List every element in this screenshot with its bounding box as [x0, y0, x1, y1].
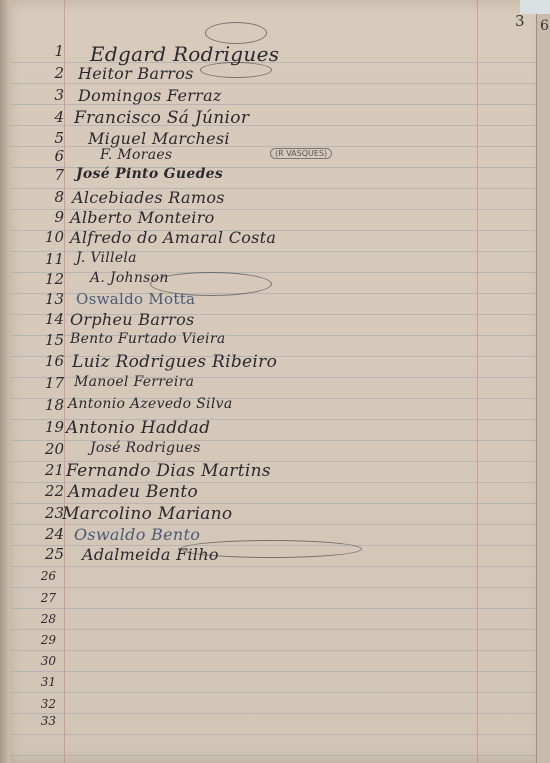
ledger-entry: 19Antonio Haddad	[0, 418, 536, 440]
entry-number: 21	[20, 461, 64, 479]
next-page-number: 6	[540, 18, 549, 34]
entry-signature: Luiz Rodrigues Ribeiro	[72, 352, 277, 372]
ledger-entry: 20José Rodrigues	[0, 440, 536, 462]
entry-number: 16	[20, 352, 64, 370]
ledger-entry: 18Antonio Azevedo Silva	[0, 396, 536, 418]
entry-signature: José Rodrigues	[90, 440, 201, 456]
entry-signature: Heitor Barros	[78, 64, 194, 83]
entry-signature: Alcebiades Ramos	[72, 188, 225, 207]
entry-signature: Amadeu Bento	[68, 482, 198, 502]
entry-number: 22	[20, 482, 64, 500]
entry-signature: Oswaldo Bento	[74, 525, 200, 544]
ledger-entry: 13Oswaldo Motta	[0, 290, 536, 312]
next-page-edge	[536, 6, 550, 763]
entry-number: 11	[20, 250, 64, 268]
ledger-entry: 21Fernando Dias Martins	[0, 461, 536, 483]
ledger-entry: 24Oswaldo Bento	[0, 525, 536, 547]
entry-signature: Domingos Ferraz	[78, 86, 222, 105]
ledger-entry: 31	[0, 675, 536, 697]
entry-number: 19	[20, 418, 64, 436]
ledger-entry: 28	[0, 612, 536, 634]
entry-number: 25	[20, 545, 64, 563]
ledger-entry: 17Manoel Ferreira	[0, 374, 536, 396]
ledger-entry: 27	[0, 591, 536, 613]
entry-number: 27	[12, 591, 56, 605]
ledger-entry: 26	[0, 569, 536, 591]
entry-number: 12	[20, 270, 64, 288]
entry-number: 14	[20, 310, 64, 328]
ledger-entry: 1Edgard Rodrigues	[0, 42, 536, 64]
page-number: 3	[515, 12, 525, 30]
ledger-entry: 2Heitor Barros	[0, 64, 536, 86]
entry-number: 28	[12, 612, 56, 626]
entry-number: 2	[20, 64, 64, 82]
entry-number: 9	[20, 208, 64, 226]
ledger-entry: 14Orpheu Barros	[0, 310, 536, 332]
entry-number: 23	[20, 504, 64, 522]
entry-signature: Antonio Haddad	[66, 418, 210, 438]
entry-signature: A. Johnson	[90, 270, 169, 286]
entry-number: 10	[20, 228, 64, 246]
entry-number: 6	[20, 147, 64, 165]
ledger-entry: 4Francisco Sá Júnior	[0, 108, 536, 130]
entry-number: 31	[12, 675, 56, 689]
ledger-entry: 7José Pinto Guedes	[0, 166, 536, 188]
signature-flourish	[205, 22, 267, 44]
entry-number: 4	[20, 108, 64, 126]
entry-number: 20	[20, 440, 64, 458]
ledger-entry: 12A. Johnson	[0, 270, 536, 292]
entry-signature: Orpheu Barros	[70, 310, 195, 329]
ruled-line	[10, 755, 536, 756]
entry-number: 30	[12, 654, 56, 668]
ledger-entry: 16Luiz Rodrigues Ribeiro	[0, 352, 536, 374]
entry-signature: J. Villela	[76, 250, 137, 266]
entry-signature: Alberto Monteiro	[70, 208, 215, 227]
entry-number: 17	[20, 374, 64, 392]
entry-signature: Alfredo do Amaral Costa	[70, 228, 276, 247]
entry-signature: Fernando Dias Martins	[66, 461, 271, 481]
ledger-entry: 10Alfredo do Amaral Costa	[0, 228, 536, 250]
ledger-entry: 22Amadeu Bento	[0, 482, 536, 504]
entry-signature: Bento Furtado Vieira	[70, 331, 225, 347]
ledger-page: 3 (R VASQUES) 1Edgard Rodrigues 2Heitor …	[0, 0, 536, 763]
entry-signature: José Pinto Guedes	[76, 166, 223, 182]
entry-signature: Marcolino Mariano	[62, 504, 232, 524]
ledger-entry: 29	[0, 633, 536, 655]
entry-number: 32	[12, 697, 56, 711]
entry-number: 24	[20, 525, 64, 543]
entry-signature: Manoel Ferreira	[74, 374, 194, 390]
entry-signature: Miguel Marchesi	[88, 129, 230, 148]
entry-number: 13	[20, 290, 64, 308]
ledger-entry: 33	[0, 714, 536, 736]
entry-number: 3	[20, 86, 64, 104]
entry-number: 26	[12, 569, 56, 583]
ledger-entry: 23Marcolino Mariano	[0, 504, 536, 526]
entry-number: 7	[20, 166, 64, 184]
entry-signature: Edgard Rodrigues	[90, 42, 279, 66]
ledger-entry: 9Alberto Monteiro	[0, 208, 536, 230]
entry-number: 5	[20, 129, 64, 147]
ledger-entry: 30	[0, 654, 536, 676]
ledger-entry: 8Alcebiades Ramos	[0, 188, 536, 210]
background-corner	[520, 0, 550, 14]
entry-signature: Francisco Sá Júnior	[74, 108, 249, 128]
entry-signature: F. Moraes	[100, 147, 172, 163]
entry-signature: Antonio Azevedo Silva	[68, 396, 232, 412]
entry-number: 8	[20, 188, 64, 206]
ledger-entry: 3Domingos Ferraz	[0, 86, 536, 108]
entry-signature: Adalmeida Filho	[82, 545, 219, 564]
entry-number: 1	[20, 42, 64, 60]
ledger-entry: 25Adalmeida Filho	[0, 545, 536, 567]
entry-signature: Oswaldo Motta	[76, 290, 195, 308]
ledger-entry: 15Bento Furtado Vieira	[0, 331, 536, 353]
entry-number: 29	[12, 633, 56, 647]
entry-number: 15	[20, 331, 64, 349]
entry-number: 33	[12, 714, 56, 728]
entry-number: 18	[20, 396, 64, 414]
ledger-entry: 11J. Villela	[0, 250, 536, 272]
